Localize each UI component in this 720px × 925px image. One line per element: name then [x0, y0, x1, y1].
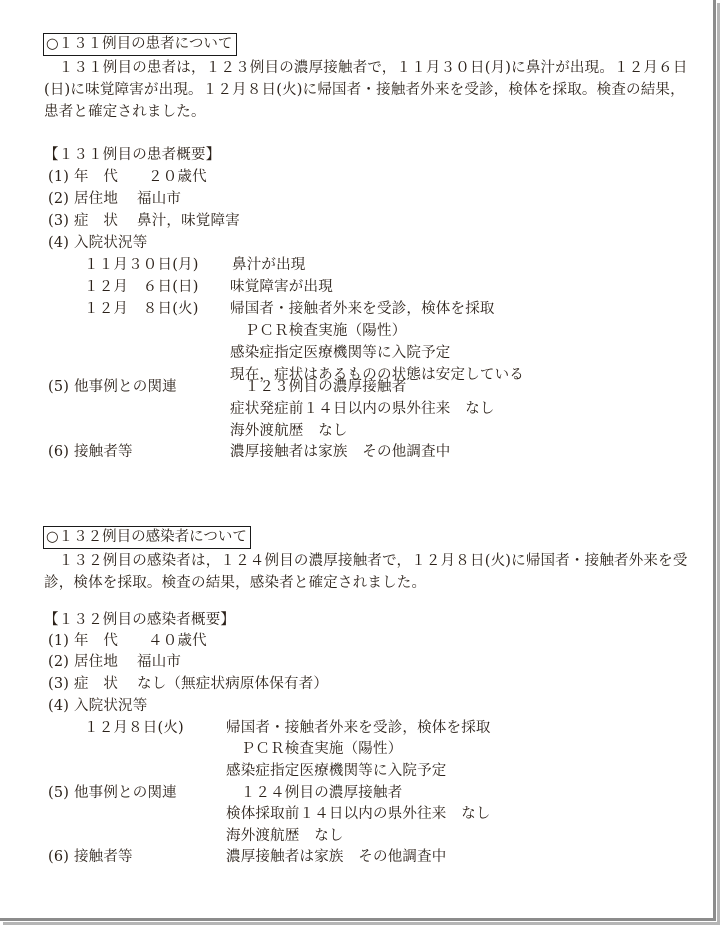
section1-timeline-event: 帰国者・接触者外来を受診，検体を採取 [230, 301, 495, 317]
section1-timeline-event: 鼻汁が出現 [232, 257, 306, 273]
section1-timeline-event: ＰＣＲ検査実施（陽性） [230, 323, 406, 339]
section2-age-value: ４０歳代 [148, 633, 207, 649]
section2-timeline-event: 感染症指定医療機関等に入院予定 [226, 763, 447, 779]
section2-hospital-label: (4) 入院状況等 [48, 698, 147, 714]
section2-symptoms-label: (3) 症 状 [48, 676, 118, 692]
section1-contacts-label: (6) 接触者等 [48, 444, 133, 460]
section1-residence-label: (2) 居住地 [48, 191, 118, 207]
section1-heading: ○１３１例目の患者について [43, 33, 237, 56]
section1-relation-value: １２３例目の濃厚接触者 [230, 379, 406, 395]
section2-relation-label: (5) 他事例との関連 [48, 785, 177, 801]
section1-paragraph-line: １３１例目の患者は，１２３例目の濃厚接触者で，１１月３０日(月)に鼻汁が出現。１… [44, 60, 688, 76]
section2-timeline-event: ＰＣＲ検査実施（陽性） [226, 741, 402, 757]
section1-timeline-date: １２月 ８日(火) [84, 301, 199, 317]
section2-symptoms-value: なし（無症状病原体保有者） [137, 676, 328, 692]
section1-relation-value: 海外渡航歴 なし [230, 423, 348, 439]
document-page: ○１３１例目の患者について １３１例目の患者は，１２３例目の濃厚接触者で，１１月… [0, 0, 716, 921]
section1-timeline-date: １２月 ６日(日) [84, 279, 199, 295]
section1-summary-title: 【１３１例目の患者概要】 [44, 147, 220, 163]
section1-contacts-value: 濃厚接触者は家族 その他調査中 [230, 444, 451, 460]
section2-summary-title: 【１３２例目の感染者概要】 [44, 612, 235, 628]
section2-relation-value: 検体採取前１４日以内の県外往来 なし [226, 806, 491, 822]
section1-paragraph-line: 患者と確定されました。 [44, 104, 206, 120]
section1-age-label: (1) 年 代 [48, 169, 118, 185]
section2-paragraph-line: １３２例目の感染者は，１２４例目の濃厚接触者で，１２月８日(火)に帰国者・接触者… [44, 553, 688, 569]
section1-residence-value: 福山市 [137, 191, 181, 207]
section2-heading: ○１３２例目の感染者について [43, 526, 251, 549]
section1-relation-value: 症状発症前１４日以内の県外往来 なし [230, 401, 495, 417]
section2-age-label: (1) 年 代 [48, 633, 118, 649]
section1-paragraph-line: (日)に味覚障害が出現。１２月８日(火)に帰国者・接触者外来を受診，検体を採取。… [44, 82, 685, 98]
section2-paragraph-line: 診，検体を採取。検査の結果，感染者と確定されました。 [44, 575, 426, 591]
section2-residence-value: 福山市 [137, 654, 181, 670]
section2-timeline-date: １２月８日(火) [84, 720, 184, 736]
section1-hospital-label: (4) 入院状況等 [48, 235, 147, 251]
section1-timeline-date: １１月３０日(月) [84, 257, 199, 273]
section2-contacts-value: 濃厚接触者は家族 その他調査中 [226, 849, 447, 865]
section1-symptoms-label: (3) 症 状 [48, 213, 118, 229]
section2-residence-label: (2) 居住地 [48, 654, 118, 670]
section2-contacts-label: (6) 接触者等 [48, 849, 133, 865]
section2-relation-value: 海外渡航歴 なし [226, 828, 344, 844]
section1-timeline-event: 感染症指定医療機関等に入院予定 [230, 345, 451, 361]
section1-relation-label: (5) 他事例との関連 [48, 379, 177, 395]
section2-relation-value: １２４例目の濃厚接触者 [226, 785, 402, 801]
section1-timeline-event: 味覚障害が出現 [230, 279, 333, 295]
section1-age-value: ２０歳代 [148, 169, 207, 185]
section2-timeline-event: 帰国者・接触者外来を受診，検体を採取 [226, 720, 491, 736]
section1-symptoms-value: 鼻汁，味覚障害 [137, 213, 240, 229]
